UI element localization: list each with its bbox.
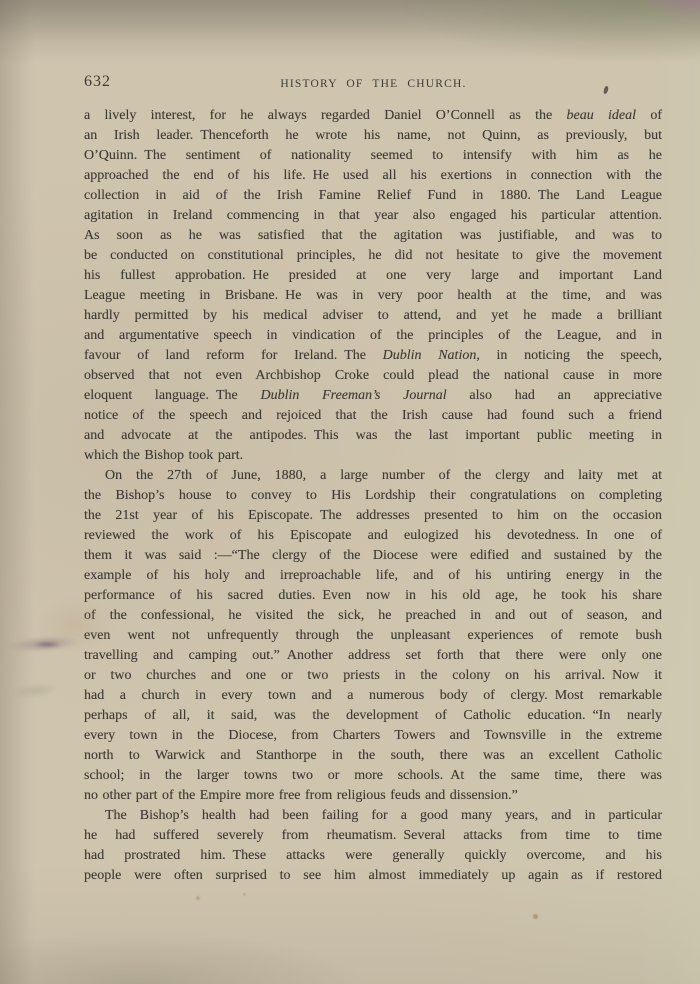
text-line: had prostrated him. These attacks were g… bbox=[84, 846, 662, 866]
text-line: which the Bishop took part. bbox=[84, 446, 662, 466]
ink-smudge bbox=[13, 682, 58, 700]
paper-freckle bbox=[533, 914, 538, 919]
text-line: the 21st year of his Episcopate. The add… bbox=[84, 506, 662, 526]
book-page: 632 HISTORY OF THE CHURCH. a lively inte… bbox=[0, 0, 700, 984]
text-line: As soon as he was satisfied that the agi… bbox=[84, 226, 662, 246]
text-line: people were often surprised to see him a… bbox=[84, 866, 662, 886]
text-line: and advocate at the antipodes. This was … bbox=[84, 426, 662, 446]
text-line: the Bishop’s house to convey to His Lord… bbox=[84, 486, 662, 506]
text-line: had a church in every town and a numerou… bbox=[84, 686, 662, 706]
text-line: school; in the larger towns two or more … bbox=[84, 766, 662, 786]
text-line: notice of the speech and rejoiced that t… bbox=[84, 406, 662, 426]
text-line: even went not unfrequently through the u… bbox=[84, 626, 662, 646]
page-text: a lively interest, for he always regarde… bbox=[84, 106, 662, 886]
scan-shadow bbox=[0, 958, 140, 984]
text-line: he had suffered severely from rheumatism… bbox=[84, 826, 662, 846]
text-line: north to Warwick and Stanthorpe in the s… bbox=[84, 746, 662, 766]
paper-freckle bbox=[243, 893, 246, 896]
text-line: League meeting in Brisbane. He was in ve… bbox=[84, 286, 662, 306]
text-line: perhaps of all, it said, was the develop… bbox=[84, 706, 662, 726]
text-line: travelling and camping out.” Another add… bbox=[84, 646, 662, 666]
text-line: example of his holy and irreproachable l… bbox=[84, 566, 662, 586]
text-line: of the confessional, he visited the sick… bbox=[84, 606, 662, 626]
paper-freckle bbox=[196, 896, 200, 900]
text-line: be conducted on constitutional principle… bbox=[84, 246, 662, 266]
text-line: On the 27th of June, 1880, a large numbe… bbox=[84, 466, 662, 486]
text-line: agitation in Ireland commencing in that … bbox=[84, 206, 662, 226]
running-title: HISTORY OF THE CHURCH. bbox=[85, 78, 662, 91]
ink-smudge bbox=[8, 634, 81, 655]
text-line: an Irish leader. Thenceforth he wrote hi… bbox=[84, 126, 662, 146]
text-line: hardly permitted by his medical adviser … bbox=[84, 306, 662, 326]
text-line: and argumentative speech in vindication … bbox=[84, 326, 662, 346]
text-line: O’Quinn. The sentiment of nationality se… bbox=[84, 146, 662, 166]
text-line: favour of land reform for Ireland. The D… bbox=[84, 346, 662, 366]
text-line: approached the end of his life. He used … bbox=[84, 166, 662, 186]
text-line: a lively interest, for he always regarde… bbox=[84, 106, 662, 126]
text-line: them it was said :—“The clergy of the Di… bbox=[84, 546, 662, 566]
text-line: collection in aid of the Irish Famine Re… bbox=[84, 186, 662, 206]
text-line: eloquent language. The Dublin Freeman’s … bbox=[84, 386, 662, 406]
text-line: or two churches and one or two priests i… bbox=[84, 666, 662, 686]
ink-smudge bbox=[34, 641, 62, 648]
text-line: his fullest approbation. He presided at … bbox=[84, 266, 662, 286]
text-line: performance of his sacred duties. Even n… bbox=[84, 586, 662, 606]
text-line: no other part of the Empire more free fr… bbox=[84, 786, 662, 806]
text-line: observed that not even Archbishop Croke … bbox=[84, 366, 662, 386]
text-line: reviewed the work of his Episcopate and … bbox=[84, 526, 662, 546]
text-line: The Bishop’s health had been failing for… bbox=[84, 806, 662, 826]
text-line: every town in the Diocese, from Charters… bbox=[84, 726, 662, 746]
